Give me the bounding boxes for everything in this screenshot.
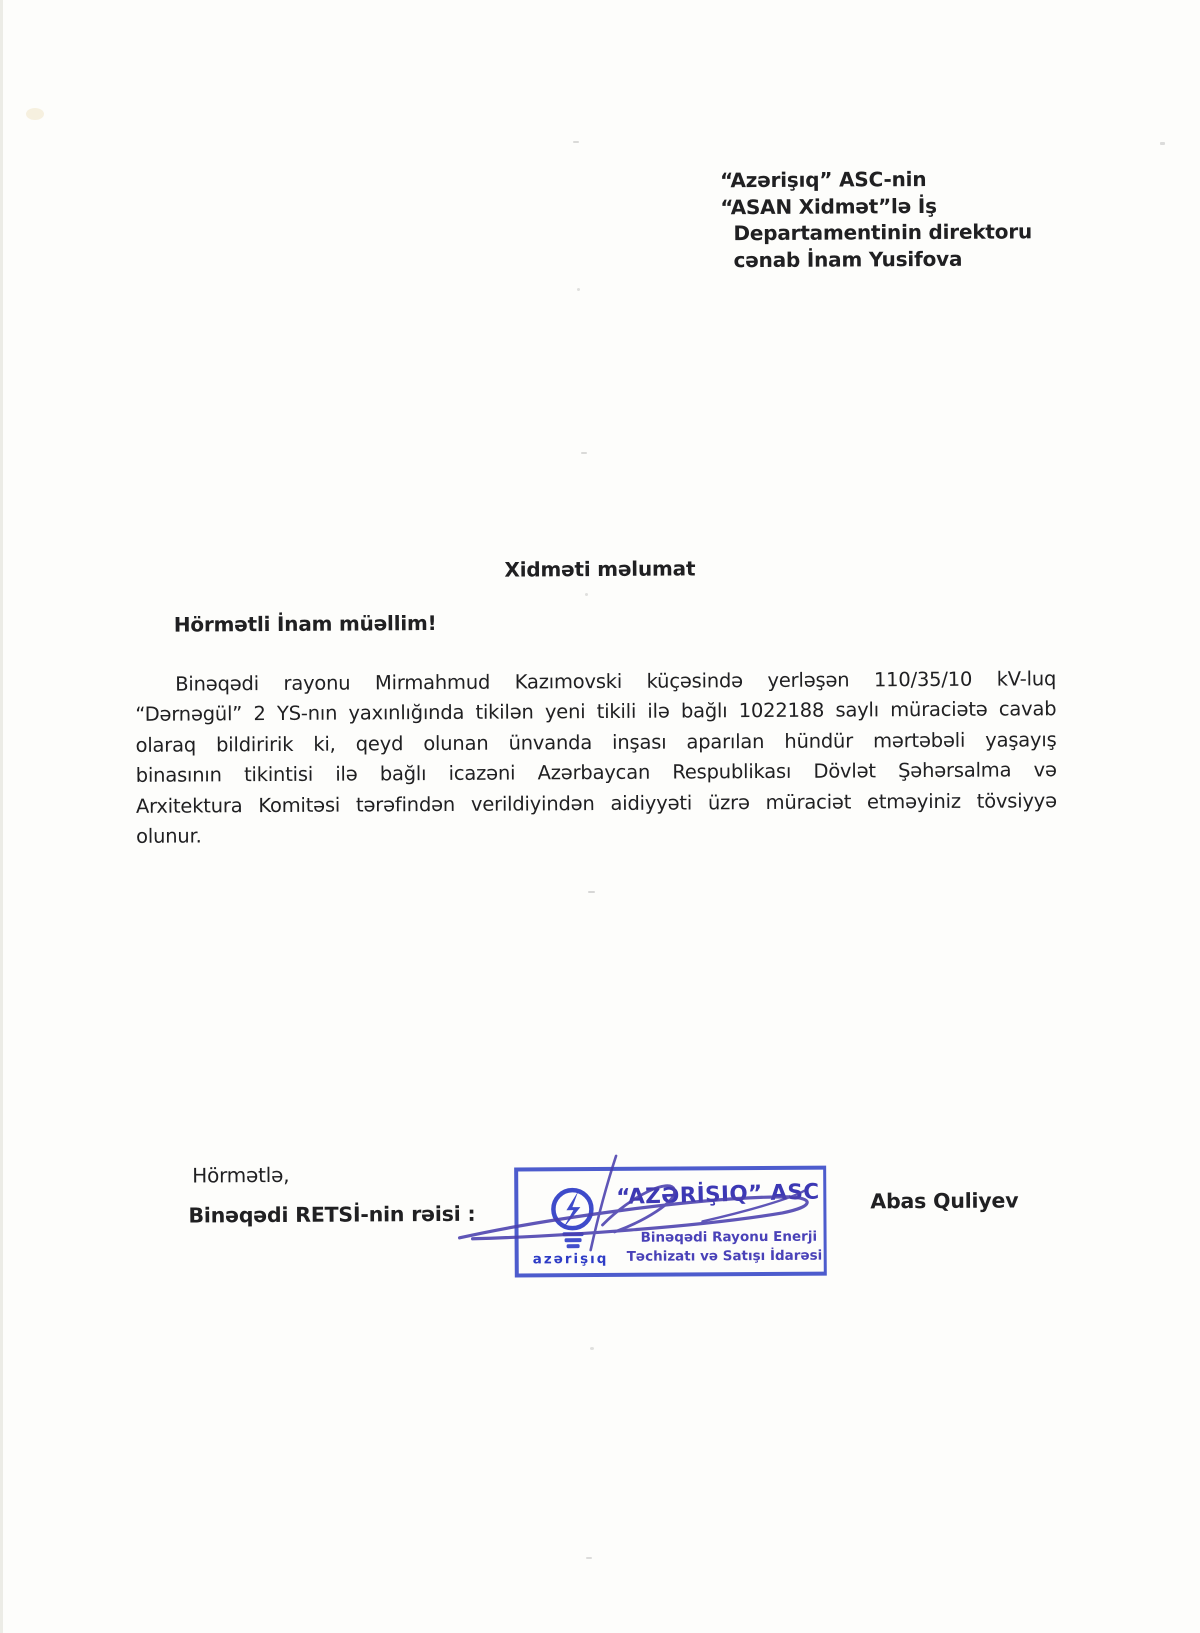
signer-title: Binəqədi RETSİ-nin rəisi :: [188, 1202, 475, 1228]
closing-regards: Hörmətlə,: [192, 1163, 289, 1188]
signer-name: Abas Quliyev: [870, 1188, 1018, 1213]
addressee-line: Departamentinin direktoru: [733, 218, 1032, 246]
handwritten-signature: [442, 1139, 843, 1291]
addressee-line: “Azərişıq” ASC-nin: [720, 165, 1032, 193]
salutation: Hörmətli İnam müəllim!: [174, 611, 437, 637]
addressee-block: “Azərişıq” ASC-nin “ASAN Xidmət”lə İş De…: [720, 165, 1032, 273]
addressee-line: cənab İnam Yusifova: [734, 245, 1033, 273]
addressee-line: “ASAN Xidmət”lə İş: [720, 192, 1032, 220]
body-paragraph: Binəqədi rayonu Mirmahmud Kazımovski küç…: [135, 664, 1057, 852]
body-line: olunur.: [136, 816, 1057, 852]
document-title: Xidməti məlumat: [504, 556, 695, 581]
body-line: Arxitektura Komitəsi tərəfindən verildiy…: [136, 786, 1057, 822]
scanned-letter-page: “Azərişıq” ASC-nin “ASAN Xidmət”lə İş De…: [0, 0, 1200, 1633]
